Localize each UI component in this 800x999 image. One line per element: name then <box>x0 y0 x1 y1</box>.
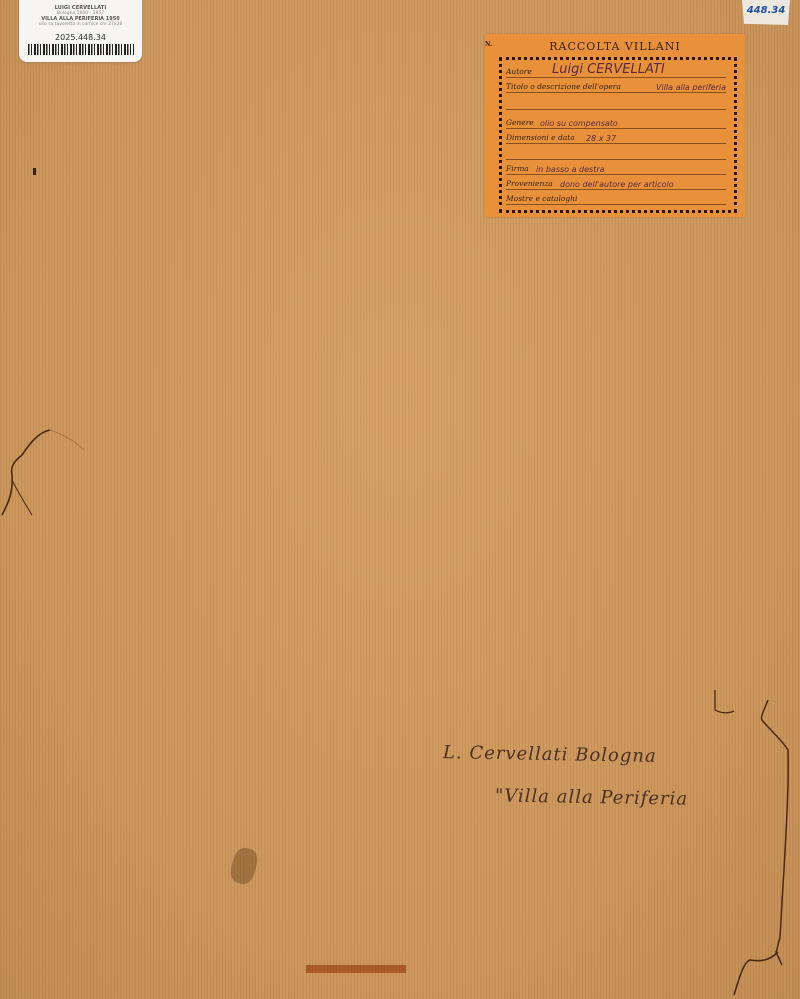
field-firma: Firma in basso a destra <box>506 161 726 175</box>
field-genere: Genere olio su compensato <box>506 115 726 129</box>
field-blank-2 <box>506 146 726 160</box>
field-titolo: Titolo o descrizione dell'opera Villa al… <box>506 79 726 93</box>
field-dimensioni: Dimensioni e data 28 x 37 <box>506 130 726 144</box>
field-provenienza: Provenienza dono dell'autore per articol… <box>506 176 726 190</box>
museum-sticker: LUIGI CERVELLATI Bologna 1900 - 1957 VIL… <box>19 0 142 62</box>
collection-label: N. RACCOLTA VILLANI Autore Luigi CERVELL… <box>485 34 745 217</box>
barcode-icon <box>28 44 134 55</box>
right-edge-tear-icon <box>700 680 800 999</box>
inscription-line-1: L. Cervellati Bologna <box>443 742 657 767</box>
label-heading: RACCOLTA VILLANI <box>485 40 745 53</box>
inscription-line-2: "Villa alla Periferia <box>495 785 688 809</box>
small-mark <box>33 168 36 175</box>
left-tear-icon <box>0 420 100 530</box>
sticker-medium: olio su tavoletta in cornice cm 27x28 <box>19 22 142 27</box>
field-mostre: Mostre e cataloghi <box>506 191 726 205</box>
field-blank-1 <box>506 96 726 110</box>
corner-number-tag: 448.34 <box>742 0 790 25</box>
scuff-mark <box>228 846 260 887</box>
inventory-number: 2025.448.34 <box>19 33 142 42</box>
cardboard-backing: LUIGI CERVELLATI Bologna 1900 - 1957 VIL… <box>0 0 800 999</box>
field-autore: Autore Luigi CERVELLATI <box>506 64 726 78</box>
ink-stamp-smudge <box>306 965 406 973</box>
label-dotted-frame: Autore Luigi CERVELLATI Titolo o descriz… <box>499 57 737 213</box>
